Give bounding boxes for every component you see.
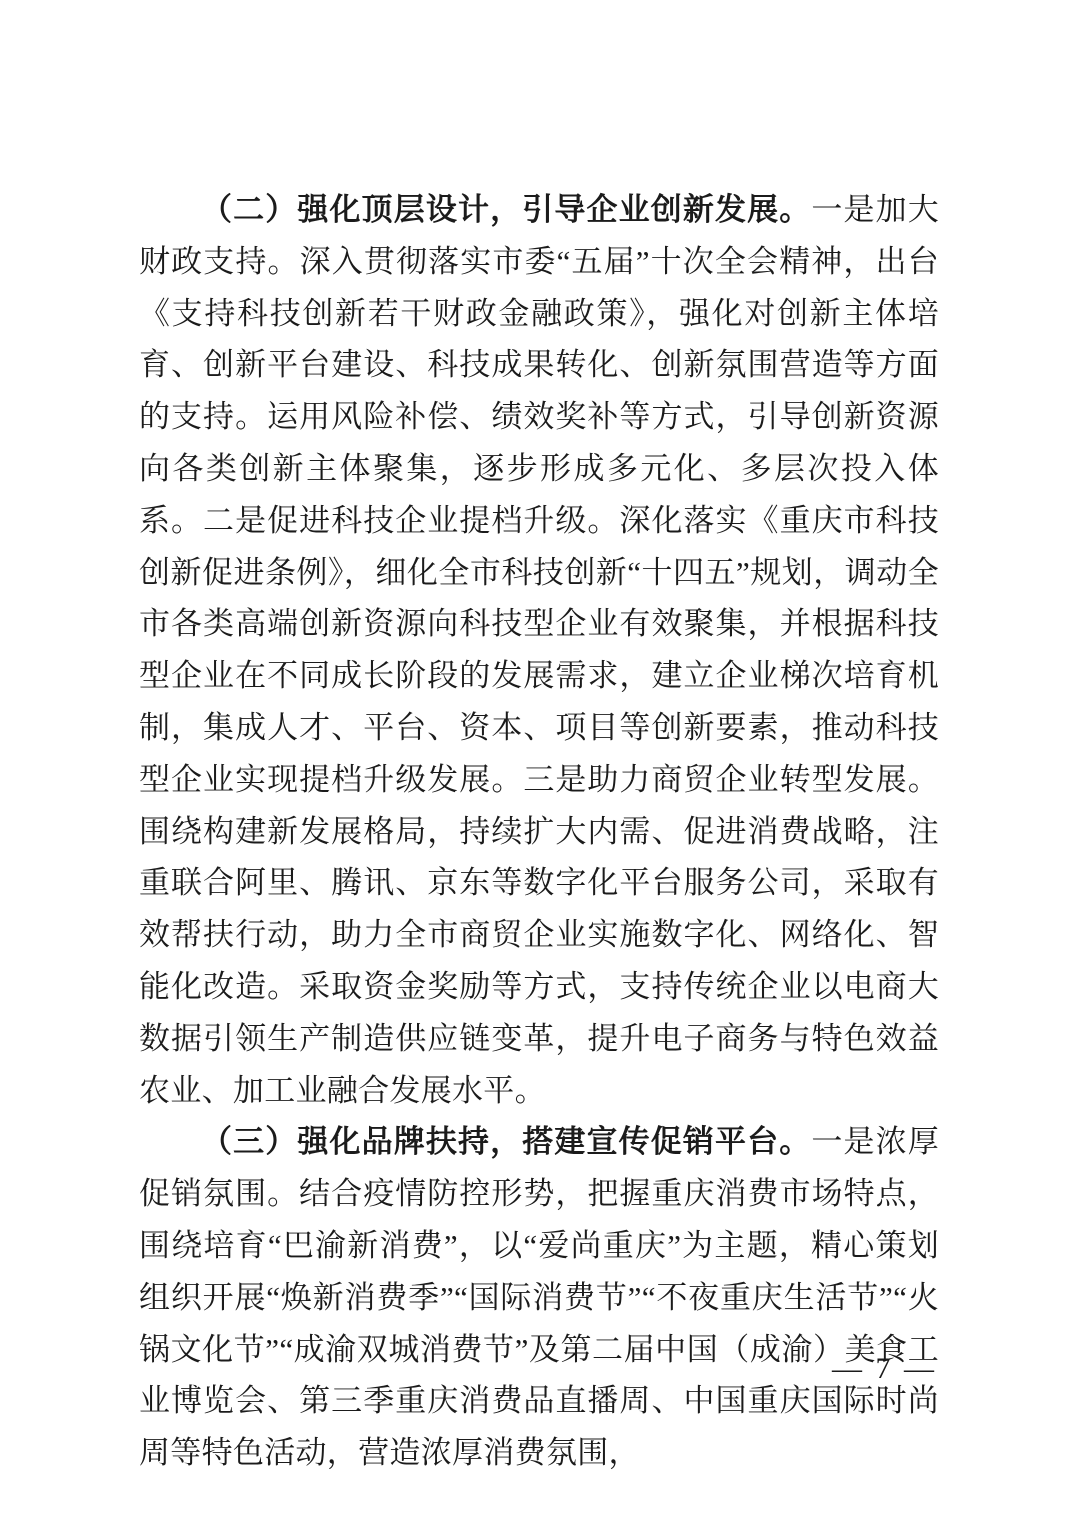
page-number: — 7 —	[832, 1352, 937, 1386]
paragraph-2-heading: （二）强化顶层设计，引导企业创新发展。	[201, 192, 811, 227]
paragraph-3-text: 一是浓厚促销氛围。结合疫情防控形势，把握重庆消费市场特点，围绕培育“巴渝新消费”…	[139, 1124, 939, 1470]
paragraph-2-text: 一是加大财政支持。深入贯彻落实市委“五届”十次全会精神，出台《支持科技创新若干财…	[139, 192, 939, 1108]
paragraph-3: （三）强化品牌扶持，搭建宣传促销平台。一是浓厚促销氛围。结合疫情防控形势，把握重…	[139, 1116, 939, 1479]
document-body: （二）强化顶层设计，引导企业创新发展。一是加大财政支持。深入贯彻落实市委“五届”…	[139, 184, 939, 1479]
paragraph-2: （二）强化顶层设计，引导企业创新发展。一是加大财政支持。深入贯彻落实市委“五届”…	[139, 184, 939, 1116]
paragraph-3-heading: （三）强化品牌扶持，搭建宣传促销平台。	[201, 1124, 811, 1159]
document-page: （二）强化顶层设计，引导企业创新发展。一是加大财政支持。深入贯彻落实市委“五届”…	[0, 0, 1074, 1520]
